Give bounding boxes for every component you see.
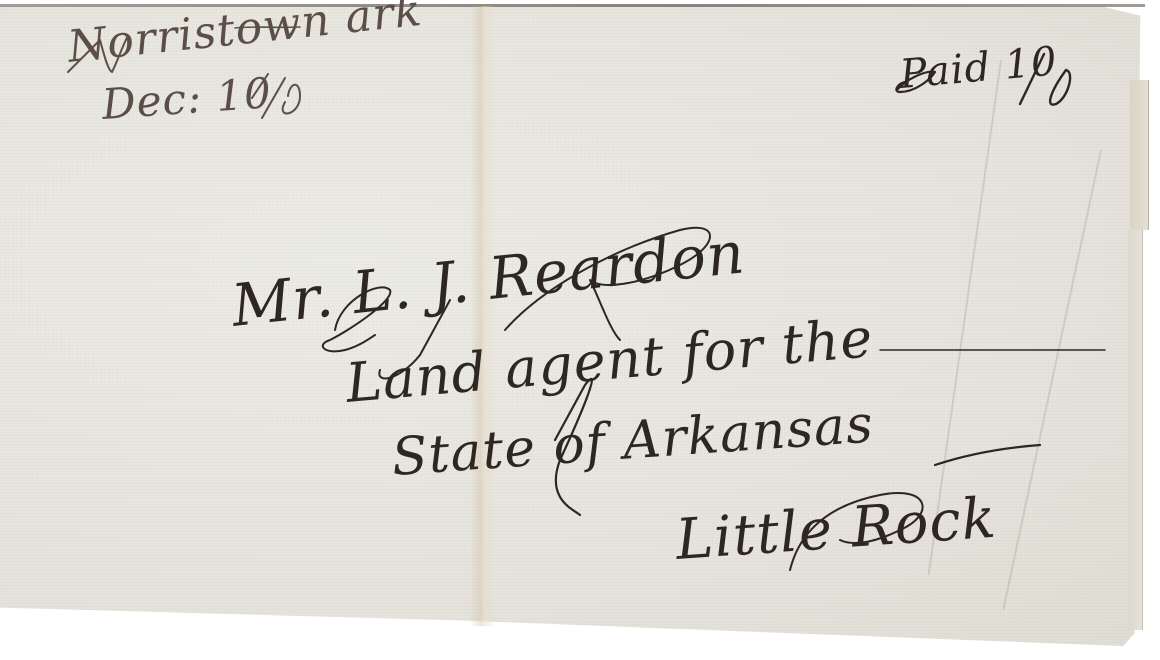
- folded-flap: [1130, 80, 1149, 230]
- folded-flap-edge: [1128, 230, 1143, 630]
- vertical-fold-crease: [470, 6, 496, 626]
- scanned-cover: Norristown ark Dec: 10 Paid 10 Mr. L. J.…: [0, 0, 1160, 660]
- paper-top-edge: [0, 4, 1145, 7]
